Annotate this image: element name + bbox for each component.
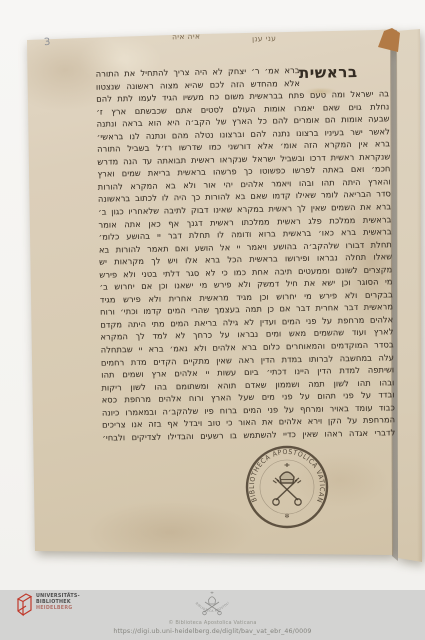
logo-line-1: UNIVERSITÄTS- — [36, 594, 80, 600]
watermark-legend: BIBLIOTECA APOSTOLICA VATICANA — [190, 588, 230, 613]
vatican-watermark-icon: BIBLIOTECA APOSTOLICA VATICANA — [190, 588, 234, 620]
logo-line-3: HEIDELBERG — [36, 606, 80, 612]
svg-text:BIBLIOTECA APOSTOLICA VATICANA: BIBLIOTECA APOSTOLICA VATICANA — [190, 588, 230, 613]
heidelberg-library-logo-icon — [16, 592, 33, 617]
scan-url: https://digi.ub.uni-heidelberg.de/diglit… — [0, 628, 425, 635]
pencil-folio-number: 3 — [44, 37, 51, 49]
digitized-manuscript-scan: 3 עני ענן איה איה בראשית ברא אמ׳ ר׳ יצחק… — [0, 0, 425, 640]
stamp-ornament: ✻ — [284, 513, 289, 520]
header-inscription-right: עני ענן — [252, 34, 277, 44]
crossed-keys-tiara-icon — [273, 463, 301, 505]
header-inscription-left: איה איה — [172, 32, 201, 42]
manuscript-text-block: בראשית ברא אמ׳ ר׳ יצחק לא היה צריך להתחי… — [96, 62, 396, 444]
copyright-line: © Biblioteca Apostolica Vaticana — [0, 620, 425, 626]
heidelberg-library-logo-text: UNIVERSITÄTS- BIBLIOTHEK HEIDELBERG — [36, 594, 80, 611]
incipit-word: בראשית — [299, 63, 358, 82]
vatican-library-stamp: BIBLIOTHECA APOSTOLICA VATICANA ✻ — [243, 443, 331, 531]
